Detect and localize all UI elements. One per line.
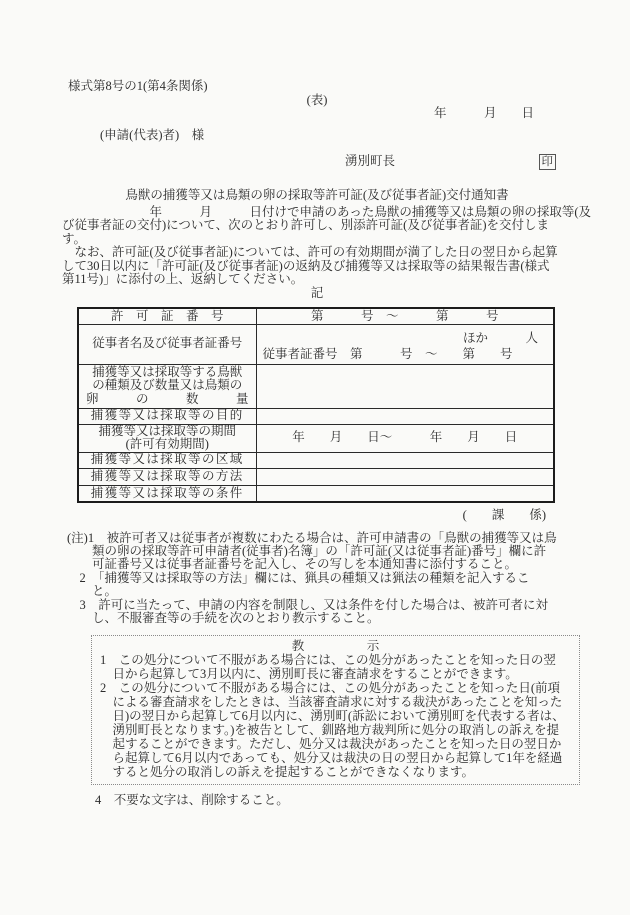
form-number: 様式第8号の1(第4条関係)	[68, 80, 572, 94]
table-row-conditions: 捕獲等又は採取等の条件	[78, 485, 554, 502]
permit-table: 許 可 証 番 号 第 号 ～ 第 号 従事者名及び従事者証番号 ほか 人 従事…	[77, 307, 555, 503]
row-value-blank	[256, 485, 554, 502]
row-label: 捕獲等又は採取等の区域	[78, 452, 256, 468]
seal-stamp-icon: 印	[539, 154, 557, 170]
table-row-permit-number: 許 可 証 番 号 第 号 ～ 第 号	[78, 308, 554, 324]
row-value-blank	[256, 452, 554, 468]
date-blank-line: 年 月 日	[62, 107, 572, 121]
row-value-blank	[256, 468, 554, 485]
instruction-heading: 教 示	[100, 639, 571, 653]
instruction-lines: 1 この処分について不服がある場合には、この処分があったことを知った日の翌 日か…	[100, 653, 571, 779]
worker-number-blank: 従事者証番号 第 号 ～ 第 号	[257, 348, 554, 362]
worker-count-blank: ほか 人	[257, 327, 554, 346]
body-paragraphs: 年 月 日付けで申請のあった鳥獣の捕獲等又は鳥類の卵の採取等(及 び従事者証の交…	[62, 206, 572, 287]
table-row-area: 捕獲等又は採取等の区域	[78, 452, 554, 468]
record-marker: 記	[62, 287, 572, 301]
row-value-blank	[256, 364, 554, 408]
department-section-blank: ( 課 係)	[62, 509, 572, 523]
row-label: 許 可 証 番 号	[78, 308, 256, 324]
notes-list: (注)1 被許可者又は従事者が複数にわたる場合は、許可申請書の「鳥獣の捕獲等又は…	[67, 532, 572, 626]
row-value: 第 号 ～ 第 号	[256, 308, 554, 324]
row-label: 捕獲等又は採取等する鳥獣 の種類及び数量又は鳥類の 卵 の 数 量	[78, 364, 256, 408]
table-row-species-quantity: 捕獲等又は採取等する鳥獣 の種類及び数量又は鳥類の 卵 の 数 量	[78, 364, 554, 408]
document-sheet: 様式第8号の1(第4条関係) (表) 年 月 日 (申請(代表)者) 様 湧別町…	[0, 0, 630, 915]
row-value-blank	[256, 408, 554, 424]
table-row-period: 捕獲等又は採取等の期間 (許可有効期間) 年 月 日～ 年 月 日	[78, 424, 554, 452]
document-title: 鳥獣の捕獲等又は鳥類の卵の採取等許可証(及び従事者証)交付通知書	[62, 189, 572, 203]
row-label: 捕獲等又は採取等の条件	[78, 485, 256, 502]
table-row-worker-names: 従事者名及び従事者証番号 ほか 人 従事者証番号 第 号 ～ 第 号	[78, 324, 554, 364]
final-note: 4 不要な文字は、削除すること。	[95, 794, 572, 808]
row-label: 捕獲等又は採取等の期間 (許可有効期間)	[78, 424, 256, 452]
row-value: ほか 人 従事者証番号 第 号 ～ 第 号	[256, 324, 554, 364]
table-row-purpose: 捕獲等又は採取等の目的	[78, 408, 554, 424]
issuer-line: 湧別町長 印	[62, 155, 572, 171]
row-value: 年 月 日～ 年 月 日	[256, 424, 554, 452]
row-label: 捕獲等又は採取等の方法	[78, 468, 256, 485]
appeal-instruction-box: 教 示 1 この処分について不服がある場合には、この処分があったことを知った日の…	[91, 635, 580, 785]
addressee-line: (申請(代表)者) 様	[100, 129, 572, 143]
table-row-method: 捕獲等又は採取等の方法	[78, 468, 554, 485]
row-label: 捕獲等又は採取等の目的	[78, 408, 256, 424]
page-side-label: (表)	[62, 94, 572, 108]
row-label: 従事者名及び従事者証番号	[78, 324, 256, 364]
issuer-name: 湧別町長	[345, 154, 395, 168]
